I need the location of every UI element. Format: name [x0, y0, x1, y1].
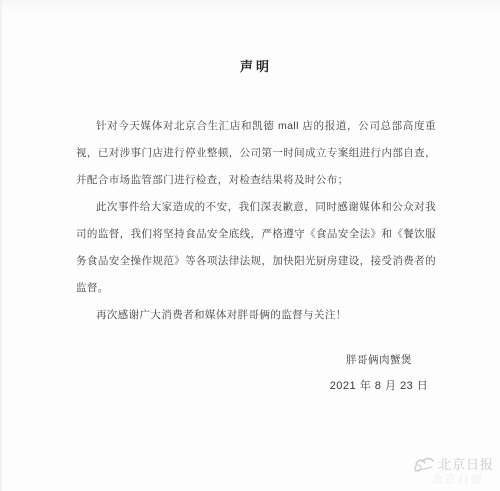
watermark: 北京日报 [413, 454, 494, 473]
statement-paragraph-2: 此次事件给大家造成的不安，我们深表歉意，同时感谢媒体和公众对我司的监督，我们将坚… [76, 194, 436, 302]
signature-block: 胖哥俩肉蟹煲 2021 年 8 月 23 日 [294, 347, 464, 399]
signature: 胖哥俩肉蟹煲 [294, 347, 464, 373]
watermark-ghost-text: 北京日报 [431, 471, 485, 487]
statement-paragraph-1: 针对今天媒体对北京合生汇店和凯德 mall 店的报道，公司总部高度重视，已对涉事… [76, 113, 436, 194]
statement-title: 声明 [76, 56, 436, 75]
document-page: 声明 针对今天媒体对北京合生汇店和凯德 mall 店的报道，公司总部高度重视，已… [0, 0, 500, 491]
statement-image: { "document": { "title": "声明", "paragrap… [0, 0, 500, 491]
statement-date: 2021 年 8 月 23 日 [294, 373, 464, 399]
statement-paragraph-3: 再次感谢广大消费者和媒体对胖哥俩的监督与关注！ [76, 302, 436, 329]
statement-body: 针对今天媒体对北京合生汇店和凯德 mall 店的报道，公司总部高度重视，已对涉事… [76, 113, 436, 329]
beijing-daily-bird-logo-icon [413, 455, 435, 473]
statement-document: 声明 针对今天媒体对北京合生汇店和凯德 mall 店的报道，公司总部高度重视，已… [2, 0, 500, 329]
watermark-source-label: 北京日报 [438, 454, 494, 473]
